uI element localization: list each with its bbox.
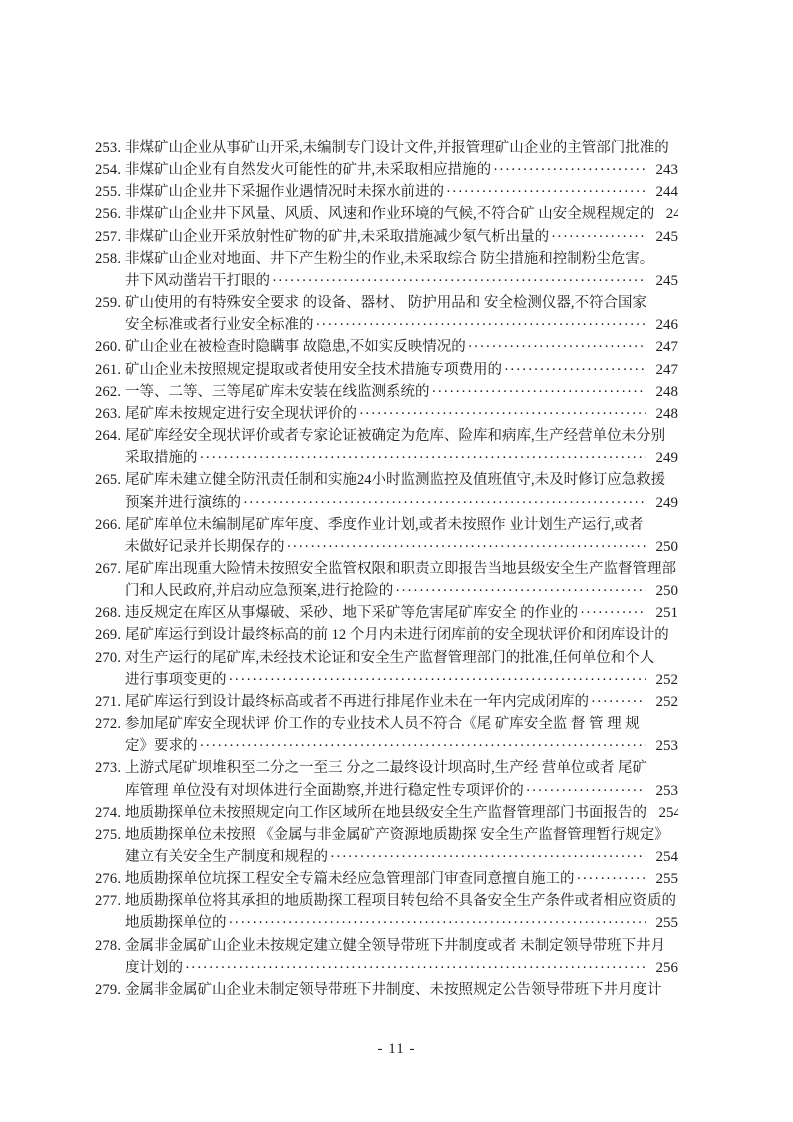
- entry-text: 违反规定在库区从事爆破、采砂、地下采矿等危害尾矿库安全 的作业的: [125, 602, 578, 624]
- dot-leader: ········································…: [200, 735, 647, 757]
- toc-entry: 259.矿山使用的有特殊安全要求 的设备、器材、 防护用品和 安全检测仪器,不符…: [95, 292, 678, 336]
- toc-entry: 255.非煤矿山企业井下采掘作业遇情况时未探水前进的··············…: [95, 181, 678, 203]
- toc-entry: 253.非煤矿山企业从事矿山开采,未编制专门设计文件,并报管理矿山企业的主管部门…: [95, 137, 678, 159]
- entry-text: 尾矿库未按规定进行安全现状评价的: [125, 403, 357, 425]
- entry-text: 门和人民政府,并启动应急预案,进行抢险的: [125, 580, 393, 602]
- toc-entry-line: 262.一等、二等、三等尾矿库未安装在线监测系统的···············…: [95, 381, 678, 403]
- entry-number: 262.: [95, 381, 125, 403]
- entry-page-number: 255: [652, 912, 678, 934]
- dot-leader: ········································…: [493, 159, 646, 181]
- entry-page-number: 255: [652, 868, 678, 890]
- toc-entry-line: 258.非煤矿山企业对地面、井下产生粉尘的作业,未采取综合 防尘措施和控制粉尘危…: [95, 248, 678, 270]
- entry-number: 260.: [95, 336, 125, 358]
- entry-number: 258.: [95, 248, 125, 270]
- entry-page-number: 248: [652, 403, 678, 425]
- entry-number: 264.: [95, 425, 125, 447]
- entry-text: 地质勘探单位坑探工程安全专篇未经应急管理部门审查同意擅自施工的: [125, 868, 575, 890]
- toc-entry: 266.尾矿库单位未编制尾矿库年度、季度作业计划,或者未按照作 业计划生产运行,…: [95, 514, 678, 558]
- toc-entry: 268.违反规定在库区从事爆破、采砂、地下采矿等危害尾矿库安全 的作业的····…: [95, 602, 678, 624]
- toc-entry-line: 地质勘探单位的·································…: [95, 912, 678, 934]
- entry-text: 采取措施的: [125, 447, 198, 469]
- dot-leader: ········································…: [395, 580, 646, 602]
- dot-leader: ········································…: [468, 336, 646, 358]
- entry-page-number: 248: [652, 381, 678, 403]
- page-number-footer: - 11 -: [0, 1041, 793, 1058]
- entry-page-number: 252: [652, 669, 678, 691]
- entry-text: 参加尾矿库安全现状评 价工作的专业技术人员不符合《尾 矿库安全监 督 管 理 规: [125, 713, 640, 735]
- toc-entry-line: 274.地质勘探单位未按照规定向工作区域所在地县级安全生产监督管理部门书面报告的…: [95, 802, 678, 824]
- toc-entry-line: 256.非煤矿山企业井下风量、风质、风速和作业环境的气候,不符合矿 山安全规程规…: [95, 203, 678, 225]
- entry-text: 进行事项变更的: [125, 669, 227, 691]
- entry-page-number: 244: [652, 181, 678, 203]
- entry-page-number: 252: [652, 691, 678, 713]
- toc-entry: 257.非煤矿山企业开采放射性矿物的矿井,未采取措施减少氡气析出量的······…: [95, 226, 678, 248]
- dot-leader: ········································…: [330, 846, 646, 868]
- dot-leader: ········································…: [580, 602, 646, 624]
- toc-list: 253.非煤矿山企业从事矿山开采,未编制专门设计文件,并报管理矿山企业的主管部门…: [95, 137, 678, 1001]
- toc-entry: 273.上游式尾矿坝堆积至二分之一至三 分之二最终设计坝高时,生产经 营单位或者…: [95, 757, 678, 801]
- entry-text: 安全标准或者行业安全标准的: [125, 314, 314, 336]
- toc-entry-line: 269.尾矿库运行到设计最终标高的前 12 个月内未进行闭库前的安全现状评价和闭…: [95, 624, 678, 646]
- entry-number: 275.: [95, 824, 125, 846]
- entry-number: 263.: [95, 403, 125, 425]
- toc-entry-line: 264.尾矿库经安全现状评价或者专家论证被确定为危库、险库和病库,生产经营单位未…: [95, 425, 678, 447]
- toc-entry-line: 271.尾矿库运行到设计最终标高或者不再进行排尾作业未在一年内完成闭库的····…: [95, 691, 678, 713]
- entry-number: 253.: [95, 137, 125, 159]
- toc-entry-line: 277.地质勘探单位将其承担的地质勘探工程项目转包给不具备安全生产条件或者相应资…: [95, 890, 678, 912]
- toc-entry: 279.金属非金属矿山企业未制定领导带班下井制度、未按照规定公告领导带班下井月度…: [95, 979, 678, 1001]
- entry-text: 非煤矿山企业对地面、井下产生粉尘的作业,未采取综合 防尘措施和控制粉尘危害。: [125, 248, 654, 270]
- toc-entry-line: 库管理 单位没有对坝体进行全面勘察,并进行稳定性专项评价的···········…: [95, 780, 678, 802]
- dot-leader: ········································…: [432, 381, 647, 403]
- toc-entry-line: 预案并进行演练的································…: [95, 492, 678, 514]
- entry-text: 尾矿库运行到设计最终标高或者不再进行排尾作业未在一年内完成闭库的: [125, 691, 589, 713]
- entry-text: 库管理 单位没有对坝体进行全面勘察,并进行稳定性专项评价的: [125, 780, 524, 802]
- dot-leader: ········································…: [272, 270, 646, 292]
- toc-entry: 254.非煤矿山企业有自然发火可能性的矿井,未采取相应措施的··········…: [95, 159, 678, 181]
- toc-entry-line: 265.尾矿库未建立健全防汛责任制和实施24小时监测监控及值班值守,未及时修订应…: [95, 469, 678, 491]
- entry-text: 金属非金属矿山企业未制定领导带班下井制度、未按照规定公告领导带班下井月度计: [125, 979, 662, 1001]
- entry-page-number: 253: [652, 735, 678, 757]
- toc-entry: 277.地质勘探单位将其承担的地质勘探工程项目转包给不具备安全生产条件或者相应资…: [95, 890, 678, 934]
- entry-text: 对生产运行的尾矿库,未经技术论证和安全生产监督管理部门的批准,任何单位和个人: [125, 647, 654, 669]
- toc-entry: 261.矿山企业未按照规定提取或者使用安全技术措施专项费用的··········…: [95, 359, 678, 381]
- entry-number: 255.: [95, 181, 125, 203]
- entry-page-number: 249: [652, 492, 678, 514]
- toc-entry-line: 253.非煤矿山企业从事矿山开采,未编制专门设计文件,并报管理矿山企业的主管部门…: [95, 137, 678, 159]
- dot-leader: ········································…: [243, 492, 646, 514]
- entry-page-number: 247: [652, 359, 678, 381]
- toc-entry-line: 259.矿山使用的有特殊安全要求 的设备、器材、 防护用品和 安全检测仪器,不符…: [95, 292, 678, 314]
- entry-number: 261.: [95, 359, 125, 381]
- toc-entry-line: 279.金属非金属矿山企业未制定领导带班下井制度、未按照规定公告领导带班下井月度…: [95, 979, 678, 1001]
- toc-entry: 271.尾矿库运行到设计最终标高或者不再进行排尾作业未在一年内完成闭库的····…: [95, 691, 678, 713]
- entry-number: 271.: [95, 691, 125, 713]
- entry-text: 建立有关安全生产制度和规程的: [125, 846, 328, 868]
- toc-entry-line: 257.非煤矿山企业开采放射性矿物的矿井,未采取措施减少氡气析出量的······…: [95, 226, 678, 248]
- entry-text: 矿山使用的有特殊安全要求 的设备、器材、 防护用品和 安全检测仪器,不符合国家: [125, 292, 647, 314]
- entry-text: 非煤矿山企业有自然发火可能性的矿井,未采取相应措施的: [125, 159, 491, 181]
- entry-page-number: 251: [677, 624, 678, 646]
- toc-entry-line: 采取措施的···································…: [95, 447, 678, 469]
- dot-leader: ········································…: [229, 669, 647, 691]
- toc-entry: 274.地质勘探单位未按照规定向工作区域所在地县级安全生产监督管理部门书面报告的…: [95, 802, 678, 824]
- dot-leader: ········································…: [591, 691, 646, 713]
- entry-text: 地质勘探单位未按照 《金属与非金属矿产资源地质勘探 安全生产监督管理暂行规定》: [125, 824, 669, 846]
- toc-entry-line: 定》要求的···································…: [95, 735, 678, 757]
- toc-entry: 278.金属非金属矿山企业未按规定建立健全领导带班下井制度或者 未制定领导带班下…: [95, 935, 678, 979]
- entry-number: 257.: [95, 226, 125, 248]
- toc-entry: 265.尾矿库未建立健全防汛责任制和实施24小时监测监控及值班值守,未及时修订应…: [95, 469, 678, 513]
- entry-page-number: 247: [652, 336, 678, 358]
- toc-entry: 262.一等、二等、三等尾矿库未安装在线监测系统的···············…: [95, 381, 678, 403]
- entry-text: 尾矿库单位未编制尾矿库年度、季度作业计划,或者未按照作 业计划生产运行,或者: [125, 514, 643, 536]
- entry-text: 非煤矿山企业井下采掘作业遇情况时未探水前进的: [125, 181, 444, 203]
- toc-entry-line: 270.对生产运行的尾矿库,未经技术论证和安全生产监督管理部门的批准,任何单位和…: [95, 647, 678, 669]
- entry-text: 地质勘探单位未按照规定向工作区域所在地县级安全生产监督管理部门书面报告的: [125, 802, 647, 824]
- entry-page-number: 254: [655, 802, 678, 824]
- entry-number: 266.: [95, 514, 125, 536]
- dot-leader: ········································…: [577, 868, 647, 890]
- entry-page-number: 249: [652, 447, 678, 469]
- entry-page-number: 244: [662, 203, 678, 225]
- entry-text: 预案并进行演练的: [125, 492, 241, 514]
- toc-entry: 263.尾矿库未按规定进行安全现状评价的····················…: [95, 403, 678, 425]
- entry-number: 272.: [95, 713, 125, 735]
- entry-text: 一等、二等、三等尾矿库未安装在线监测系统的: [125, 381, 430, 403]
- entry-page-number: 251: [652, 602, 678, 624]
- toc-entry: 258.非煤矿山企业对地面、井下产生粉尘的作业,未采取综合 防尘措施和控制粉尘危…: [95, 248, 678, 292]
- dot-leader: ········································…: [526, 780, 646, 802]
- entry-page-number: 243: [652, 159, 678, 181]
- entry-text: 尾矿库运行到设计最终标高的前 12 个月内未进行闭库前的安全现状评价和闭库设计的: [125, 624, 669, 646]
- toc-entry: 275.地质勘探单位未按照 《金属与非金属矿产资源地质勘探 安全生产监督管理暂行…: [95, 824, 678, 868]
- toc-entry-line: 273.上游式尾矿坝堆积至二分之一至三 分之二最终设计坝高时,生产经 营单位或者…: [95, 757, 678, 779]
- entry-text: 尾矿库未建立健全防汛责任制和实施24小时监测监控及值班值守,未及时修订应急救援: [125, 469, 665, 491]
- toc-entry-line: 276.地质勘探单位坑探工程安全专篇未经应急管理部门审查同意擅自施工的·····…: [95, 868, 678, 890]
- entry-page-number: 253: [652, 780, 678, 802]
- entry-number: 270.: [95, 647, 125, 669]
- entry-number: 269.: [95, 624, 125, 646]
- entry-page-number: 245: [652, 270, 678, 292]
- dot-leader: ········································…: [200, 447, 647, 469]
- entry-number: 254.: [95, 159, 125, 181]
- dot-leader: ········································…: [446, 181, 646, 203]
- dot-leader: ········································…: [551, 226, 646, 248]
- toc-entry: 267.尾矿库出现重大险情未按照安全监管权限和职责立即报告当地县级安全生产监督管…: [95, 558, 678, 602]
- entry-text: 非煤矿山企业从事矿山开采,未编制专门设计文件,并报管理矿山企业的主管部门批准的: [125, 137, 669, 159]
- entry-number: 274.: [95, 802, 125, 824]
- toc-entry-line: 267.尾矿库出现重大险情未按照安全监管权限和职责立即报告当地县级安全生产监督管…: [95, 558, 678, 580]
- toc-entry-line: 进行事项变更的·································…: [95, 669, 678, 691]
- dot-leader: ········································…: [504, 359, 646, 381]
- toc-entry: 256.非煤矿山企业井下风量、风质、风速和作业环境的气候,不符合矿 山安全规程规…: [95, 203, 678, 225]
- entry-text: 非煤矿山企业井下风量、风质、风速和作业环境的气候,不符合矿 山安全规程规定的: [125, 203, 654, 225]
- toc-entry-line: 建立有关安全生产制度和规程的··························…: [95, 846, 678, 868]
- toc-entry-line: 254.非煤矿山企业有自然发火可能性的矿井,未采取相应措施的··········…: [95, 159, 678, 181]
- entry-number: 273.: [95, 757, 125, 779]
- entry-number: 259.: [95, 292, 125, 314]
- entry-number: 256.: [95, 203, 125, 225]
- dot-leader: ········································…: [287, 536, 647, 558]
- entry-text: 尾矿库经安全现状评价或者专家论证被确定为危库、险库和病库,生产经营单位未分别: [125, 425, 665, 447]
- toc-entry: 269.尾矿库运行到设计最终标高的前 12 个月内未进行闭库前的安全现状评价和闭…: [95, 624, 678, 646]
- entry-text: 地质勘探单位的: [125, 912, 227, 934]
- entry-text: 非煤矿山企业开采放射性矿物的矿井,未采取措施减少氡气析出量的: [125, 226, 549, 248]
- toc-entry-line: 261.矿山企业未按照规定提取或者使用安全技术措施专项费用的··········…: [95, 359, 678, 381]
- entry-number: 277.: [95, 890, 125, 912]
- dot-leader: ········································…: [185, 957, 646, 979]
- toc-entry-line: 255.非煤矿山企业井下采掘作业遇情况时未探水前进的··············…: [95, 181, 678, 203]
- entry-page-number: 254: [652, 846, 678, 868]
- entry-number: 265.: [95, 469, 125, 491]
- toc-entry-line: 260.矿山企业在被检查时隐瞒事 故隐患,不如实反映情况的···········…: [95, 336, 678, 358]
- entry-text: 上游式尾矿坝堆积至二分之一至三 分之二最终设计坝高时,生产经 营单位或者 尾矿: [125, 757, 647, 779]
- entry-page-number: 245: [652, 226, 678, 248]
- toc-entry-line: 272.参加尾矿库安全现状评 价工作的专业技术人员不符合《尾 矿库安全监 督 管…: [95, 713, 678, 735]
- toc-entry-line: 263.尾矿库未按规定进行安全现状评价的····················…: [95, 403, 678, 425]
- entry-page-number: 243: [677, 137, 678, 159]
- entry-number: 268.: [95, 602, 125, 624]
- dot-leader: ········································…: [359, 403, 646, 425]
- dot-leader: ········································…: [229, 912, 647, 934]
- entry-text: 尾矿库出现重大险情未按照安全监管权限和职责立即报告当地县级安全生产监督管理部: [125, 558, 676, 580]
- entry-text: 地质勘探单位将其承担的地质勘探工程项目转包给不具备安全生产条件或者相应资质的: [125, 890, 676, 912]
- toc-entry-line: 266.尾矿库单位未编制尾矿库年度、季度作业计划,或者未按照作 业计划生产运行,…: [95, 514, 678, 536]
- toc-entry-line: 井下风动凿岩干打眼的······························…: [95, 270, 678, 292]
- entry-text: 未做好记录并长期保存的: [125, 536, 285, 558]
- entry-number: 267.: [95, 558, 125, 580]
- toc-entry-line: 安全标准或者行业安全标准的···························…: [95, 314, 678, 336]
- entry-number: 278.: [95, 935, 125, 957]
- toc-entry-line: 度计划的····································…: [95, 957, 678, 979]
- entry-text: 井下风动凿岩干打眼的: [125, 270, 270, 292]
- toc-entry-line: 未做好记录并长期保存的·····························…: [95, 536, 678, 558]
- toc-entry: 272.参加尾矿库安全现状评 价工作的专业技术人员不符合《尾 矿库安全监 督 管…: [95, 713, 678, 757]
- entry-page-number: 250: [652, 536, 678, 558]
- toc-entry-line: 268.违反规定在库区从事爆破、采砂、地下采矿等危害尾矿库安全 的作业的····…: [95, 602, 678, 624]
- entry-text: 金属非金属矿山企业未按规定建立健全领导带班下井制度或者 未制定领导带班下井月: [125, 935, 665, 957]
- entry-page-number: 250: [652, 580, 678, 602]
- toc-entry: 264.尾矿库经安全现状评价或者专家论证被确定为危库、险库和病库,生产经营单位未…: [95, 425, 678, 469]
- entry-text: 度计划的: [125, 957, 183, 979]
- entry-number: 276.: [95, 868, 125, 890]
- toc-entry-line: 275.地质勘探单位未按照 《金属与非金属矿产资源地质勘探 安全生产监督管理暂行…: [95, 824, 678, 846]
- entry-number: 279.: [95, 979, 125, 1001]
- dot-leader: ········································…: [316, 314, 647, 336]
- toc-entry: 276.地质勘探单位坑探工程安全专篇未经应急管理部门审查同意擅自施工的·····…: [95, 868, 678, 890]
- entry-page-number: 256: [652, 957, 678, 979]
- toc-entry-line: 门和人民政府,并启动应急预案,进行抢险的····················…: [95, 580, 678, 602]
- toc-entry: 260.矿山企业在被检查时隐瞒事 故隐患,不如实反映情况的···········…: [95, 336, 678, 358]
- toc-entry-line: 278.金属非金属矿山企业未按规定建立健全领导带班下井制度或者 未制定领导带班下…: [95, 935, 678, 957]
- entry-text: 定》要求的: [125, 735, 198, 757]
- entry-page-number: 246: [652, 314, 678, 336]
- entry-text: 矿山企业未按照规定提取或者使用安全技术措施专项费用的: [125, 359, 502, 381]
- toc-entry: 270.对生产运行的尾矿库,未经技术论证和安全生产监督管理部门的批准,任何单位和…: [95, 647, 678, 691]
- entry-text: 矿山企业在被检查时隐瞒事 故隐患,不如实反映情况的: [125, 336, 466, 358]
